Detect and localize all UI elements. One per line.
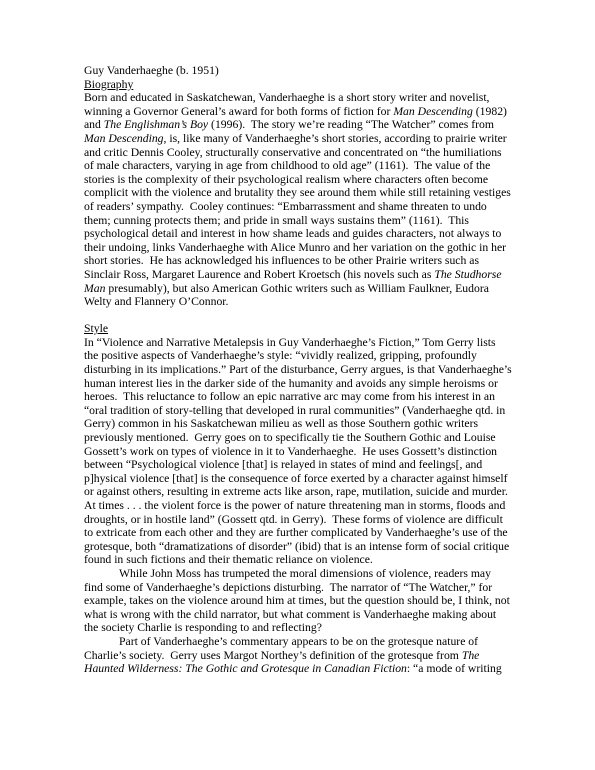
style-heading-run: Style — [84, 322, 108, 335]
biography-paragraph-run: (1996). The story we’re reading “The Wat… — [208, 118, 497, 131]
author-line: Guy Vanderhaeghe (b. 1951) — [84, 64, 512, 78]
biography-heading-run: Biography — [84, 78, 133, 91]
style-paragraph-run: In “Violence and Narrative Metalepsis in… — [84, 336, 515, 567]
commentary-paragraph-run: : “a mode of writing — [407, 662, 502, 675]
biography-paragraph-run: presumably), but also American Gothic wr… — [84, 282, 492, 309]
commentary-paragraph: Part of Vanderhaeghe’s commentary appear… — [84, 635, 512, 676]
biography-paragraph-run: , is, like many of Vanderhaeghe’s short … — [84, 132, 514, 281]
moss-paragraph-run: While John Moss has trumpeted the moral … — [84, 567, 513, 634]
biography-paragraph-run: Man Descending — [393, 105, 473, 118]
biography-paragraph-run: Man Descending — [84, 132, 164, 145]
style-paragraph: In “Violence and Narrative Metalepsis in… — [84, 336, 512, 567]
biography-paragraph: Born and educated in Saskatchewan, Vande… — [84, 91, 512, 309]
style-heading: Style — [84, 322, 512, 336]
biography-paragraph-run: The Englishman’s Boy — [104, 118, 208, 131]
document-page: Guy Vanderhaeghe (b. 1951)BiographyBorn … — [0, 0, 595, 770]
author-line-run: Guy Vanderhaeghe (b. 1951) — [84, 64, 219, 77]
moss-paragraph: While John Moss has trumpeted the moral … — [84, 567, 512, 635]
document-body: Guy Vanderhaeghe (b. 1951)BiographyBorn … — [84, 64, 512, 676]
blank-line — [84, 309, 512, 323]
biography-heading: Biography — [84, 78, 512, 92]
commentary-paragraph-run: Part of Vanderhaeghe’s commentary appear… — [84, 635, 481, 662]
